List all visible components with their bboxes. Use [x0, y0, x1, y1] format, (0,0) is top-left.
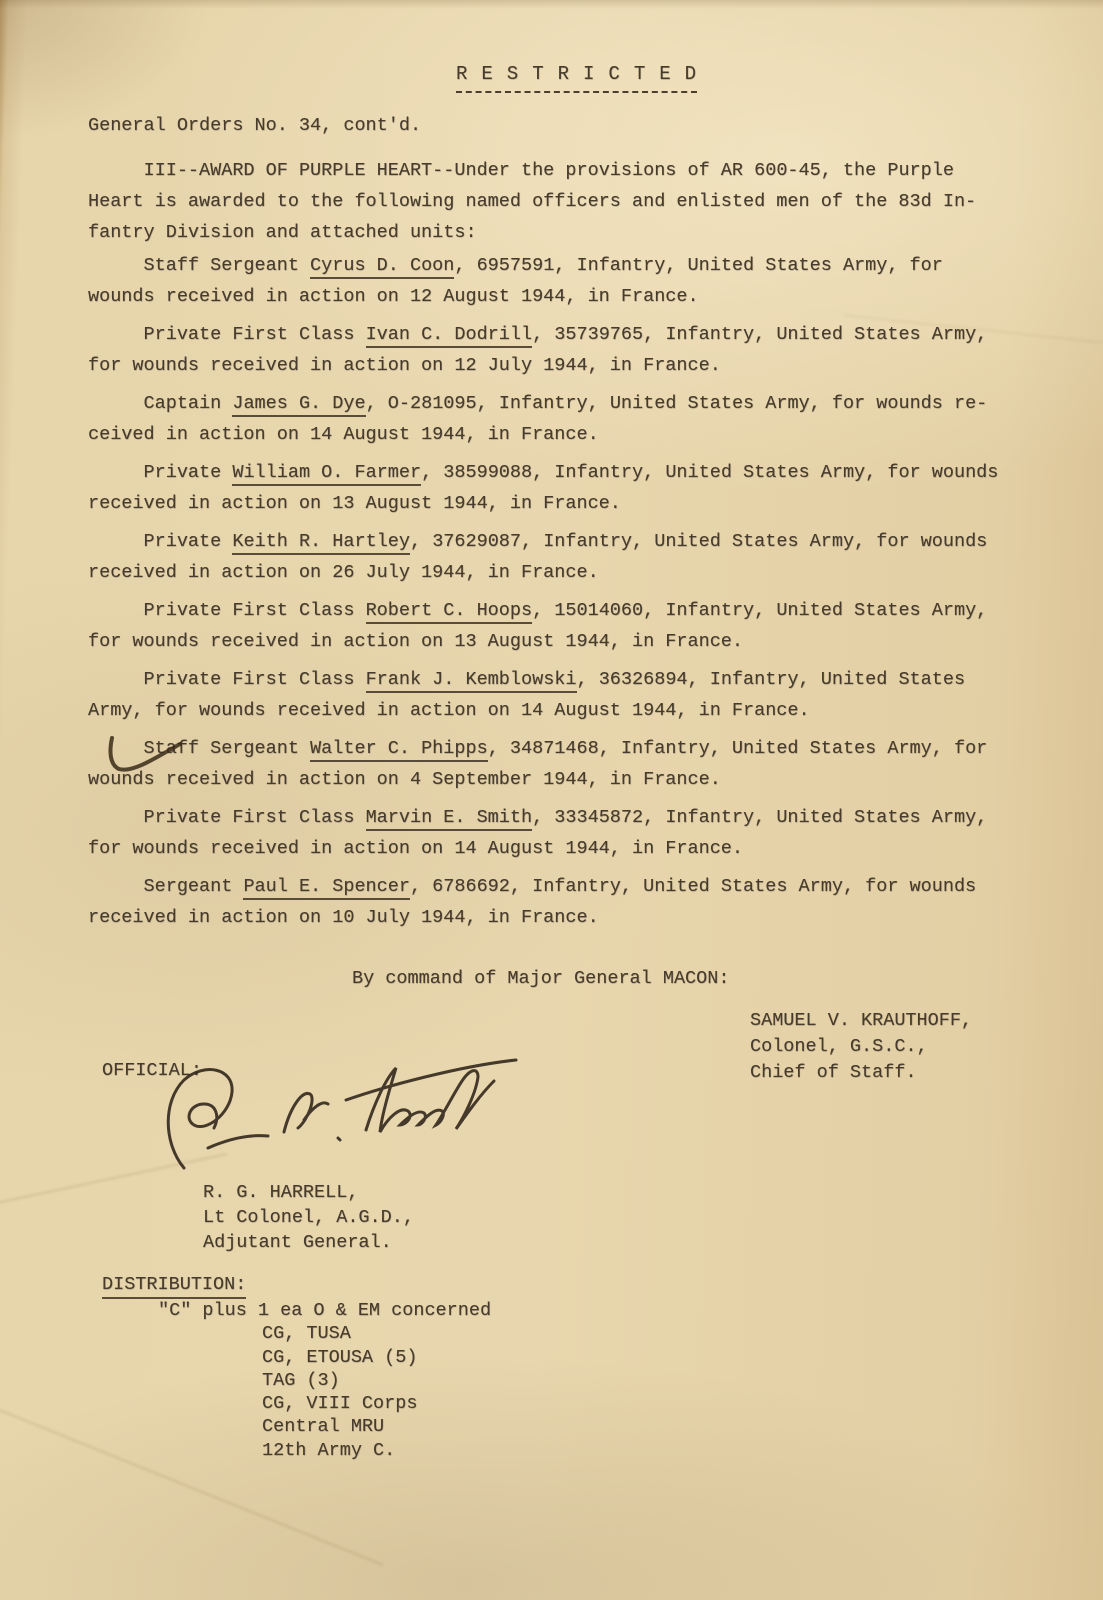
orders-header: General Orders No. 34, cont'd.: [88, 110, 421, 141]
award-entry: Private First Class Frank J. Kemblowski,…: [88, 664, 1030, 726]
signer-name: SAMUEL V. KRAUTHOFF,: [750, 1008, 972, 1034]
award-entry: Private First Class Marvin E. Smith, 333…: [88, 802, 1030, 864]
signer-block: SAMUEL V. KRAUTHOFF,Colonel, G.S.C.,Chie…: [750, 1008, 972, 1086]
award-entry: Captain James G. Dye, O-281095, Infantry…: [88, 388, 1030, 450]
signature-block: R. G. HARRELL,Lt Colonel, A.G.D.,Adjutan…: [203, 1180, 414, 1255]
soldier-name: Robert C. Hoops: [366, 600, 533, 624]
award-entry: Sergeant Paul E. Spencer, 6786692, Infan…: [88, 871, 1030, 933]
entry-rank: Sergeant: [88, 876, 243, 897]
entry-rank: Private First Class: [88, 324, 366, 345]
award-entry: Staff Sergeant Walter C. Phipps, 3487146…: [88, 733, 1030, 795]
signature-image: [150, 1056, 530, 1186]
award-entry: Staff Sergeant Cyrus D. Coon, 6957591, I…: [88, 250, 1030, 312]
award-entry: Private First Class Robert C. Hoops, 150…: [88, 595, 1030, 657]
award-entries: Staff Sergeant Cyrus D. Coon, 6957591, I…: [88, 250, 1030, 940]
entry-rank: Private First Class: [88, 669, 366, 690]
distribution-section: DISTRIBUTION: "C" plus 1 ea O & EM conce…: [102, 1273, 491, 1462]
entry-rank: Private First Class: [88, 807, 366, 828]
signature-name: R. G. HARRELL,: [203, 1180, 414, 1205]
award-entry: Private Keith R. Hartley, 37629087, Infa…: [88, 526, 1030, 588]
entry-rank: Staff Sergeant: [88, 255, 310, 276]
soldier-name: Ivan C. Dodrill: [366, 324, 533, 348]
distribution-line: Central MRU: [262, 1415, 491, 1438]
command-line: By command of Major General MACON:: [352, 963, 729, 994]
soldier-name: Paul E. Spencer: [243, 876, 410, 900]
entry-rank: Private First Class: [88, 600, 366, 621]
signature-title: Adjutant General.: [203, 1230, 414, 1255]
soldier-name: William O. Farmer: [232, 462, 421, 486]
classification-banner: R E S T R I C T E D: [456, 62, 697, 93]
award-entry: Private First Class Ivan C. Dodrill, 357…: [88, 319, 1030, 381]
soldier-name: Cyrus D. Coon: [310, 255, 454, 279]
distribution-line: TAG (3): [262, 1369, 491, 1392]
intro-paragraph: III--AWARD OF PURPLE HEART--Under the pr…: [88, 155, 1028, 248]
entry-rank: Captain: [88, 393, 232, 414]
distribution-heading: DISTRIBUTION:: [102, 1273, 246, 1299]
signer-rank: Colonel, G.S.C.,: [750, 1034, 972, 1060]
signer-title: Chief of Staff.: [750, 1060, 972, 1086]
entry-rank: Private: [88, 531, 232, 552]
distribution-line: CG, VIII Corps: [262, 1392, 491, 1415]
soldier-name: Frank J. Kemblowski: [366, 669, 577, 693]
entry-rank: Private: [88, 462, 232, 483]
soldier-name: James G. Dye: [232, 393, 365, 417]
award-entry: Private William O. Farmer, 38599088, Inf…: [88, 457, 1030, 519]
handwritten-checkmark-icon: [102, 735, 186, 777]
soldier-name: Keith R. Hartley: [232, 531, 410, 555]
distribution-line: CG, ETOUSA (5): [262, 1346, 491, 1369]
document-page: R E S T R I C T E D General Orders No. 3…: [0, 0, 1103, 1600]
distribution-line: 12th Army C.: [262, 1439, 491, 1462]
distribution-line: CG, TUSA: [262, 1322, 491, 1345]
distribution-line: "C" plus 1 ea O & EM concerned: [158, 1299, 491, 1322]
soldier-name: Walter C. Phipps: [310, 738, 488, 762]
signature-rank: Lt Colonel, A.G.D.,: [203, 1205, 414, 1230]
soldier-name: Marvin E. Smith: [366, 807, 533, 831]
